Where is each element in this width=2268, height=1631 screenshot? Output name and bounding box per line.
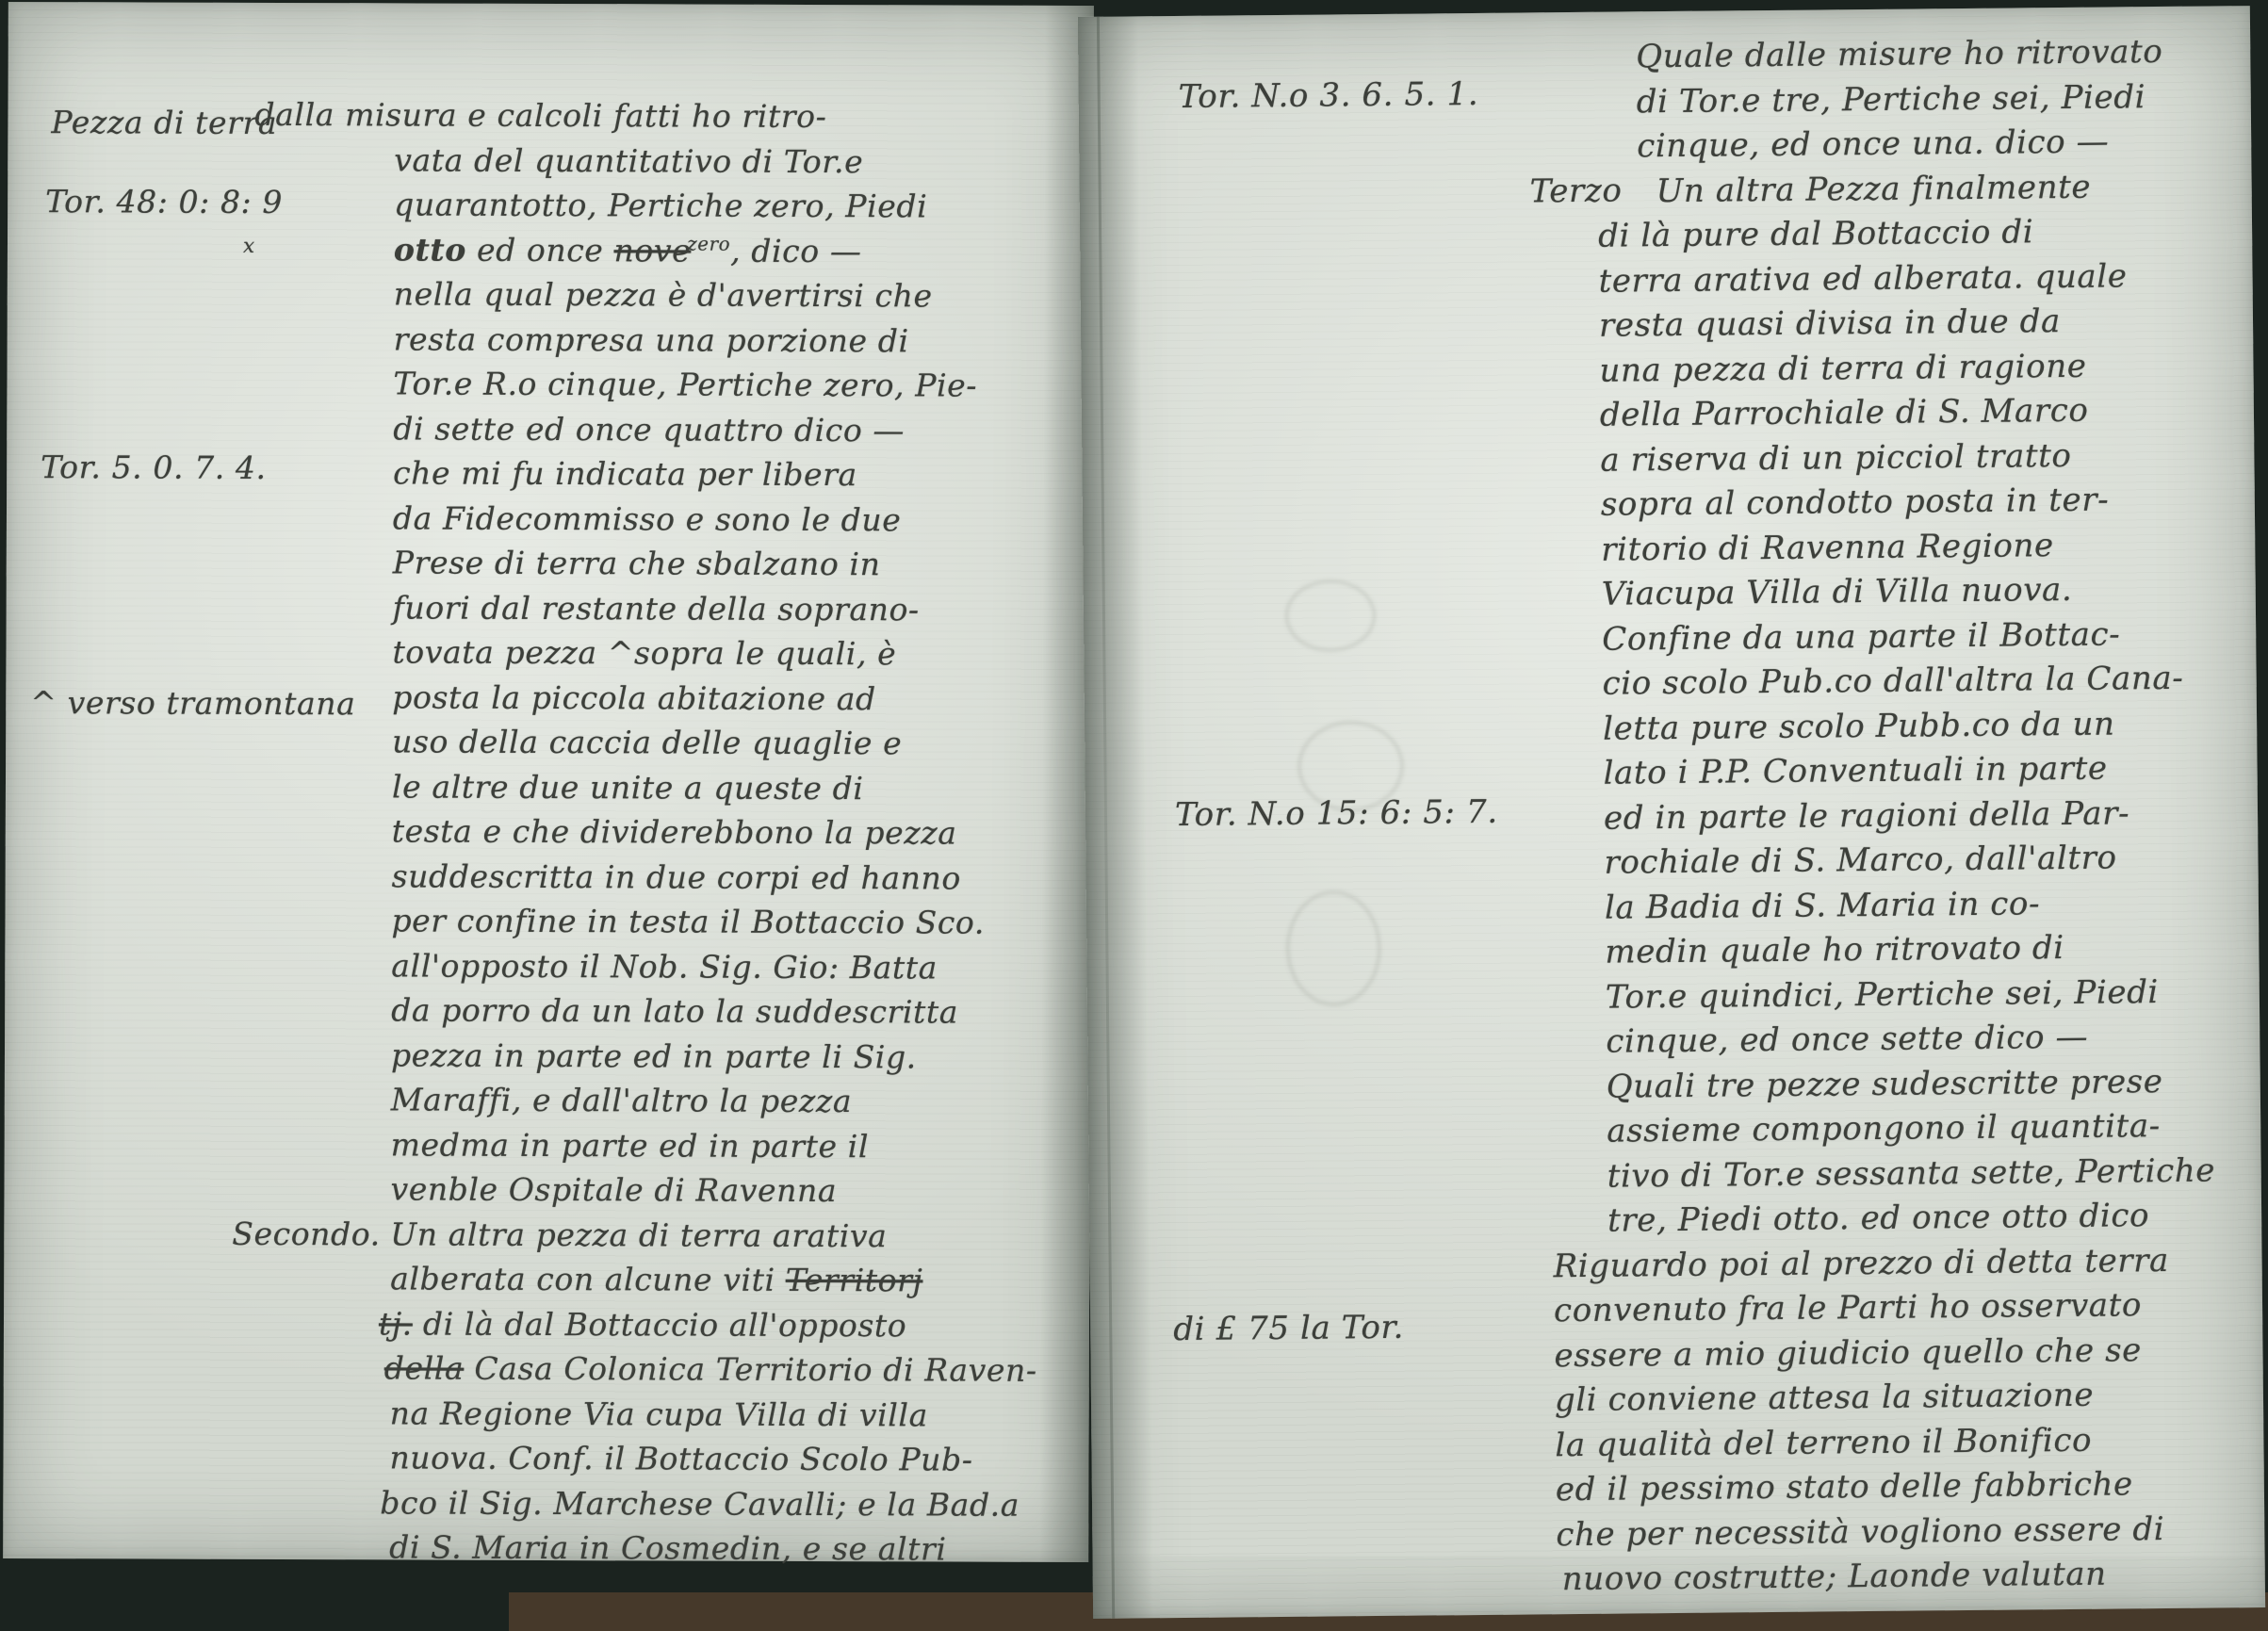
manuscript-line: di S. Maria in Cosmedin, e se altri: [389, 1528, 947, 1567]
manuscript-line: la qualità del terreno il Bonifico: [1555, 1421, 2092, 1463]
manuscript-line: Prese di terra che sbalzano in: [393, 544, 881, 582]
margin-note: ^ verso tramontana: [30, 684, 355, 722]
manuscript-line: ritorio di Ravenna Regione: [1601, 527, 2054, 569]
manuscript-line: uso della caccia delle quaglie e: [392, 723, 902, 761]
manuscript-line: Quale dalle misure ho ritrovato: [1636, 33, 2162, 75]
paper-crease: [1097, 17, 1115, 1619]
manuscript-line: tre, Piedi otto. ed once otto dico: [1607, 1197, 2149, 1240]
manuscript-line: della Casa Colonica Territorio di Raven-: [384, 1349, 1037, 1388]
manuscript-line: nella qual pezza è d'avertirsi che: [394, 275, 933, 314]
manuscript-line: della Parrochiale di S. Marco: [1600, 392, 2089, 434]
manuscript-line: di Tor.e tre, Pertiche sei, Piedi: [1637, 78, 2146, 121]
manuscript-line: Viacupa Villa di Villa nuova.: [1602, 571, 2073, 613]
manuscript-line: venble Ospitale di Ravenna: [390, 1170, 837, 1209]
manuscript-line: gli conviene attesa la situazione: [1555, 1377, 2095, 1419]
manuscript-line: Un altra pezza di terra arativa: [390, 1215, 887, 1254]
manuscript-line: rochiale di S. Marco, dall'altro: [1604, 839, 2116, 881]
manuscript-line: assieme compongono il quantita-: [1607, 1107, 2161, 1150]
body-text-left: dalla misura e calcoli fatti ho ritro-va…: [8, 2, 1094, 6]
manuscript-line: cinque, ed once sette dico —: [1606, 1019, 2088, 1061]
manuscript-line: Confine da una parte il Bottac-: [1602, 615, 2120, 658]
manuscript-line: all'opposto il Nob. Sig. Gio: Batta: [391, 947, 938, 986]
manuscript-line: otto ed once novezero, dico —: [394, 231, 862, 269]
manuscript-line: Un altra Pezza finalmente: [1656, 168, 2091, 209]
manuscript-line: ed in parte le ragioni della Par-: [1604, 794, 2129, 837]
margin-note: Secondo.: [232, 1215, 381, 1253]
manuscript-line: a riserva di un picciol tratto: [1600, 436, 2071, 479]
manuscript-line: da Fidecommisso e sono le due: [393, 499, 902, 538]
manuscript-line: bco il Sig. Marchese Cavalli; e la Bad.a: [380, 1484, 1020, 1523]
manuscript-line: medin quale ho ritrovato di: [1605, 929, 2064, 971]
manuscript-line: posta la piccola abitazione ad: [392, 678, 876, 717]
manuscript-line: cinque, ed once una. dico —: [1637, 123, 2109, 166]
manuscript-line: per confine in testa il Bottaccio Sco.: [391, 902, 985, 940]
margin-note: di £ 75 la Tor.: [1173, 1309, 1404, 1348]
margin-note: Tor. N.o 3. 6. 5. 1.: [1178, 75, 1478, 116]
manuscript-line: di là pure dal Bottaccio di: [1598, 213, 2033, 254]
manuscript-line: quarantotto, Pertiche zero, Piedi: [394, 186, 927, 224]
manuscript-line: convenuto fra le Parti ho osservato: [1554, 1286, 2142, 1329]
manuscript-line: terra arativa ed alberata. quale: [1598, 257, 2127, 300]
margin-note: x: [243, 235, 255, 258]
manuscript-line: pezza in parte ed in parte li Sig.: [391, 1036, 917, 1075]
manuscript-page-right: Tor. N.o 3. 6. 5. 1.TerzoTor. N.o 15: 6:…: [1078, 6, 2265, 1619]
manuscript-line: alberata con alcune viti Territorj: [390, 1260, 922, 1298]
manuscript-line: suddescritta in due corpi ed hanno: [392, 857, 961, 896]
manuscript-line: una pezza di terra di ragione: [1599, 347, 2086, 389]
manuscript-line: lato i P.P. Conventuali in parte: [1603, 750, 2107, 792]
margin-note: Tor. N.o 15: 6: 5: 7.: [1175, 793, 1498, 834]
margin-notes-left: Pezza di terraTor. 48: 0: 8: 9xTor. 5. 0…: [8, 2, 1094, 6]
manuscript-line: letta pure scolo Pubb.co da un: [1603, 705, 2115, 747]
manuscript-line: la Badia di S. Maria in co-: [1605, 885, 2041, 926]
manuscript-line: resta compresa una porzione di: [394, 320, 909, 359]
manuscript-line: tj. di là dal Bottaccio all'opposto: [379, 1305, 906, 1344]
body-text-right: Quale dalle misure ho ritrovatodi Tor.e …: [1078, 6, 2250, 17]
manuscript-scan: Pezza di terraTor. 48: 0: 8: 9xTor. 5. 0…: [0, 0, 2268, 1631]
manuscript-line: cio scolo Pub.co dall'altra la Cana-: [1602, 660, 2183, 703]
manuscript-line: tovata pezza ^sopra le quali, è: [392, 633, 896, 672]
manuscript-line: testa e che dividerebbono la pezza: [392, 812, 957, 851]
margin-notes-right: Tor. N.o 3. 6. 5. 1.TerzoTor. N.o 15: 6:…: [1078, 6, 2250, 17]
manuscript-line: resta quasi divisa in due da: [1599, 302, 2061, 345]
manuscript-line: vata del quantitativo di Tor.e: [394, 141, 863, 180]
manuscript-line: Maraffi, e dall'altro la pezza: [391, 1081, 852, 1119]
manuscript-line: da porro da un lato la suddescritta: [391, 991, 958, 1030]
manuscript-line: che per necessità vogliono essere di: [1556, 1510, 2164, 1554]
manuscript-line: Tor.e quindici, Pertiche sei, Piedi: [1606, 973, 2159, 1017]
pencil-smudge: [1286, 890, 1381, 1006]
manuscript-line: essere a mio giudicio quello che se: [1554, 1331, 2142, 1375]
manuscript-line: tivo di Tor.e sessanta sette, Pertiche: [1607, 1151, 2216, 1195]
margin-note: Tor. 48: 0: 8: 9: [45, 183, 283, 220]
page-gutter-shadow: [1078, 16, 1153, 1619]
margin-note: Terzo: [1529, 171, 1622, 210]
pencil-smudge: [1285, 579, 1377, 652]
manuscript-line: nuova. Conf. il Bottaccio Scolo Pub-: [389, 1439, 972, 1477]
manuscript-line: dalla misura e calcoli fatti ho ritro-: [254, 96, 826, 135]
manuscript-line: sopra al condotto posta in ter-: [1601, 481, 2110, 524]
manuscript-line: di sette ed once quattro dico —: [393, 410, 905, 449]
manuscript-line: le altre due unite a queste di: [392, 768, 864, 807]
margin-note: Tor. 5. 0. 7. 4.: [41, 449, 267, 486]
manuscript-line: Tor.e R.o cinque, Pertiche zero, Pie-: [393, 365, 977, 403]
manuscript-line: che mi fu indicata per libera: [393, 454, 857, 493]
manuscript-line: fuori dal restante della soprano-: [393, 589, 920, 628]
manuscript-page-left: Pezza di terraTor. 48: 0: 8: 9xTor. 5. 0…: [3, 2, 1094, 1562]
manuscript-line: nuovo costrutte; Laonde valutan: [1562, 1556, 2107, 1599]
manuscript-line: Riguardo poi al prezzo di detta terra: [1553, 1241, 2169, 1284]
manuscript-line: Quali tre pezze sudescritte prese: [1607, 1063, 2163, 1106]
manuscript-line: ed il pessimo stato delle fabbriche: [1556, 1465, 2133, 1509]
manuscript-line: na Regione Via cupa Villa di villa: [390, 1395, 928, 1433]
manuscript-line: medma in parte ed in parte il: [391, 1126, 869, 1165]
margin-note: Pezza di terra: [51, 104, 277, 141]
